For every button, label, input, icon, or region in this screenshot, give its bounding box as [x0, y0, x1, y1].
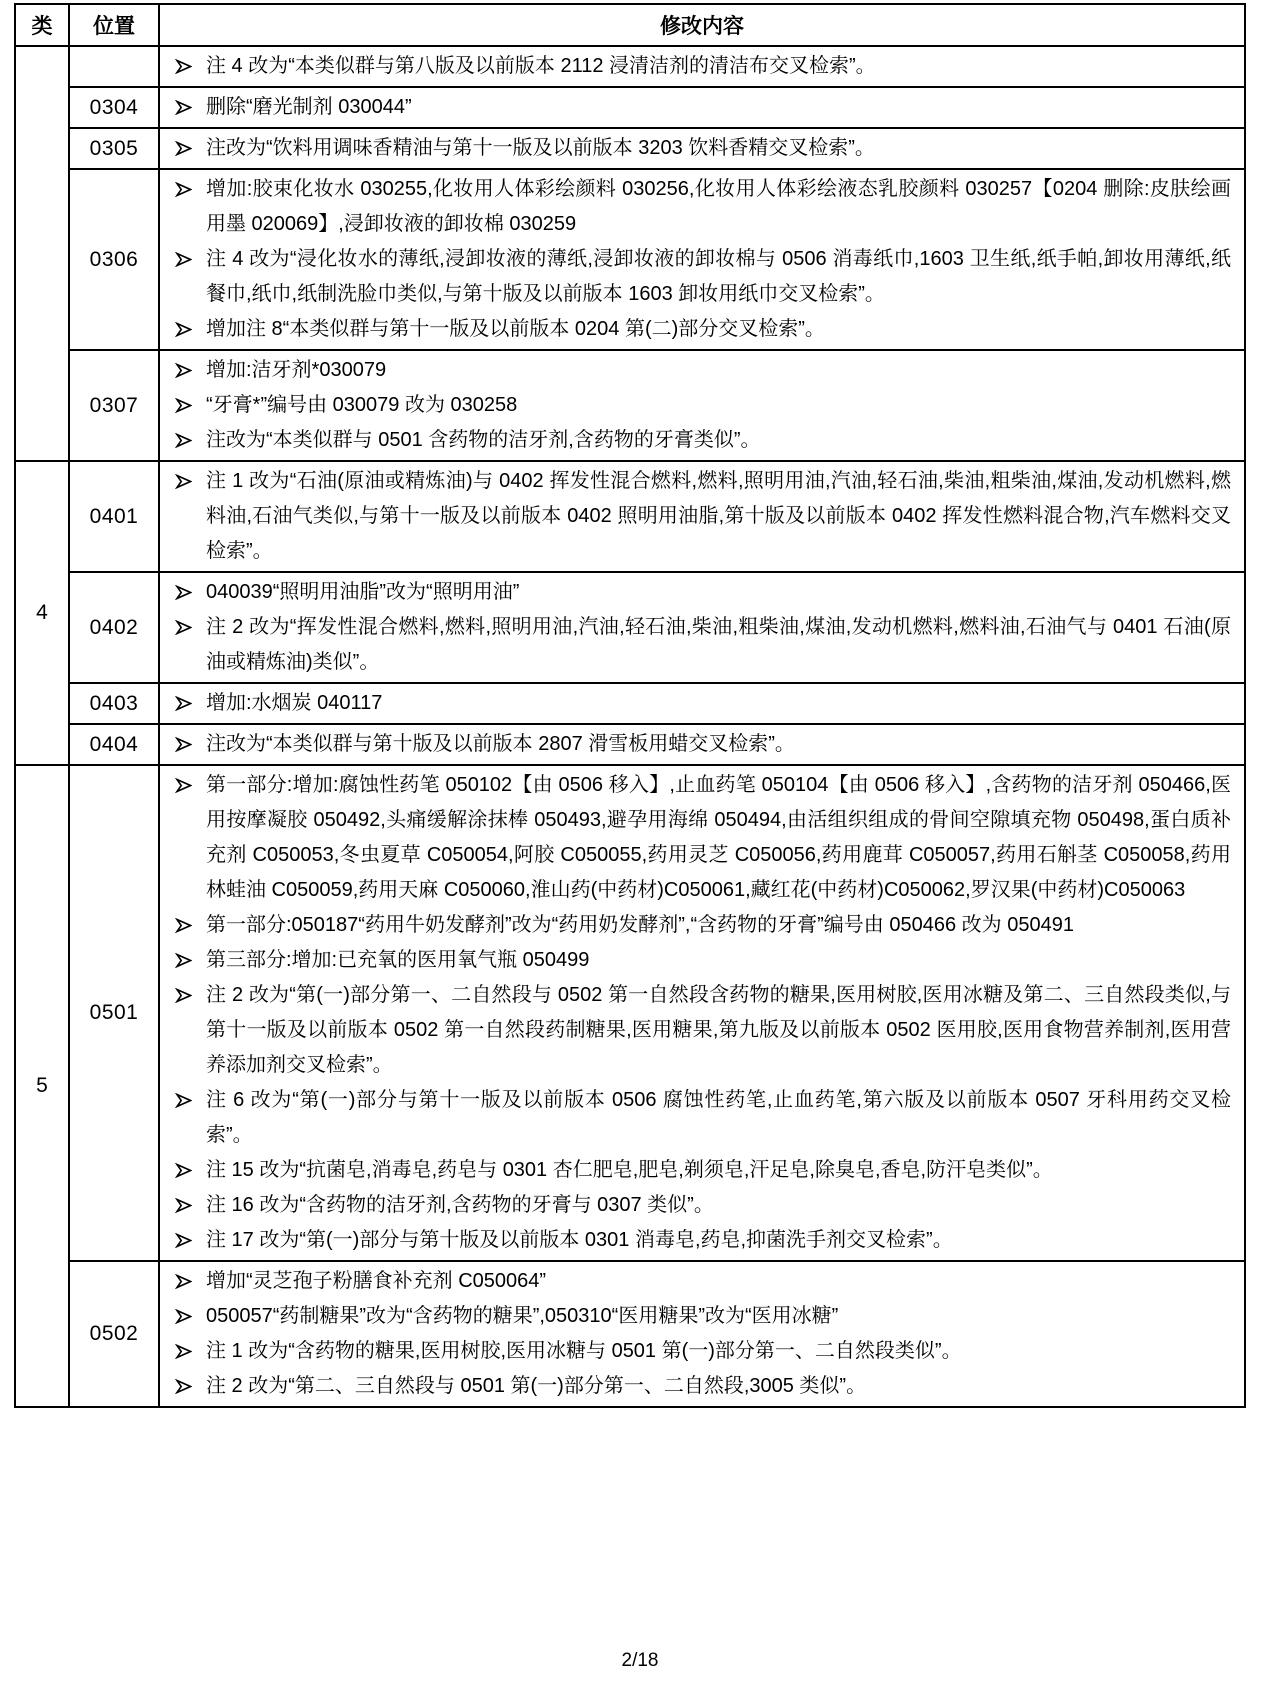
arrow-bullet-icon [160, 1223, 206, 1248]
modification-item: 注 2 改为“挥发性混合燃料,燃料,照明用油,汽油,轻石油,柴油,粗柴油,煤油,… [160, 610, 1244, 680]
modification-item: “牙膏*”编号由 030079 改为 030258 [160, 388, 1244, 423]
table-row: 0404注改为“本类似群与第十版及以前版本 2807 滑雪板用蜡交叉检索”。 [15, 724, 1245, 765]
modification-text: 第一部分:增加:腐蚀性药笔 050102【由 0506 移入】,止血药笔 050… [206, 768, 1231, 908]
arrow-bullet-icon [160, 1334, 206, 1359]
arrow-bullet-icon [160, 686, 206, 711]
modification-item: 注 6 改为“第(一)部分与第十一版及以前版本 0506 腐蚀性药笔,止血药笔,… [160, 1083, 1244, 1153]
modification-item: 增加:胶束化妆水 030255,化妆用人体彩绘颜料 030256,化妆用人体彩绘… [160, 172, 1244, 242]
table-row: 0502增加“灵芝孢子粉膳食补充剂 C050064”050057“药制糖果”改为… [15, 1261, 1245, 1407]
arrow-bullet-icon [160, 131, 206, 156]
modification-item: 第三部分:增加:已充氧的医用氧气瓶 050499 [160, 943, 1244, 978]
modification-item: 050057“药制糖果”改为“含药物的糖果”,050310“医用糖果”改为“医用… [160, 1299, 1244, 1334]
arrow-bullet-icon [160, 242, 206, 267]
modification-text: 删除“磨光制剂 030044” [206, 90, 1231, 125]
arrow-bullet-icon [160, 978, 206, 1003]
position-cell: 0502 [69, 1261, 159, 1407]
content-cell: 删除“磨光制剂 030044” [159, 87, 1245, 128]
modification-item: 注 2 改为“第二、三自然段与 0501 第(一)部分第一、二自然段,3005 … [160, 1369, 1244, 1404]
arrow-bullet-icon [160, 768, 206, 793]
table-row: 0304删除“磨光制剂 030044” [15, 87, 1245, 128]
content-cell: 增加“灵芝孢子粉膳食补充剂 C050064”050057“药制糖果”改为“含药物… [159, 1261, 1245, 1407]
modification-text: 注 4 改为“本类似群与第八版及以前版本 2112 浸清洁剂的清洁布交叉检索”。 [206, 49, 1231, 84]
modification-text: “牙膏*”编号由 030079 改为 030258 [206, 388, 1231, 423]
arrow-bullet-icon [160, 353, 206, 378]
arrow-bullet-icon [160, 312, 206, 337]
modification-item: 增加“灵芝孢子粉膳食补充剂 C050064” [160, 1264, 1244, 1299]
position-cell: 0501 [69, 765, 159, 1261]
content-cell: 增加:胶束化妆水 030255,化妆用人体彩绘颜料 030256,化妆用人体彩绘… [159, 169, 1245, 350]
arrow-bullet-icon [160, 1083, 206, 1108]
modification-text: 注 4 改为“浸化妆水的薄纸,浸卸妆液的薄纸,浸卸妆液的卸妆棉与 0506 消毒… [206, 242, 1231, 312]
table-row: 0403增加:水烟炭 040117 [15, 683, 1245, 724]
modification-item: 删除“磨光制剂 030044” [160, 90, 1244, 125]
header-class: 类 [15, 4, 69, 46]
position-cell: 0306 [69, 169, 159, 350]
page-number: 2/18 [0, 1650, 1280, 1672]
position-cell: 0404 [69, 724, 159, 765]
content-cell: 注改为“本类似群与第十版及以前版本 2807 滑雪板用蜡交叉检索”。 [159, 724, 1245, 765]
content-cell: 040039“照明用油脂”改为“照明用油”注 2 改为“挥发性混合燃料,燃料,照… [159, 572, 1245, 683]
class-cell: 4 [15, 461, 69, 765]
content-cell: 注 4 改为“本类似群与第八版及以前版本 2112 浸清洁剂的清洁布交叉检索”。 [159, 46, 1245, 87]
arrow-bullet-icon [160, 423, 206, 448]
modification-text: 注 15 改为“抗菌皂,消毒皂,药皂与 0301 杏仁肥皂,肥皂,剃须皂,汗足皂… [206, 1153, 1231, 1188]
content-cell: 第一部分:增加:腐蚀性药笔 050102【由 0506 移入】,止血药笔 050… [159, 765, 1245, 1261]
arrow-bullet-icon [160, 1153, 206, 1178]
arrow-bullet-icon [160, 1188, 206, 1213]
arrow-bullet-icon [160, 464, 206, 489]
modification-item: 注改为“本类似群与第十版及以前版本 2807 滑雪板用蜡交叉检索”。 [160, 727, 1244, 762]
arrow-bullet-icon [160, 610, 206, 635]
modification-text: 注改为“本类似群与 0501 含药物的洁牙剂,含药物的牙膏类似”。 [206, 423, 1231, 458]
arrow-bullet-icon [160, 90, 206, 115]
content-cell: 注 1 改为“石油(原油或精炼油)与 0402 挥发性混合燃料,燃料,照明用油,… [159, 461, 1245, 572]
table-row: 0402040039“照明用油脂”改为“照明用油”注 2 改为“挥发性混合燃料,… [15, 572, 1245, 683]
modification-item: 注 16 改为“含药物的洁牙剂,含药物的牙膏与 0307 类似”。 [160, 1188, 1244, 1223]
arrow-bullet-icon [160, 388, 206, 413]
modification-item: 注改为“本类似群与 0501 含药物的洁牙剂,含药物的牙膏类似”。 [160, 423, 1244, 458]
table-row: 0307增加:洁牙剂*030079“牙膏*”编号由 030079 改为 0302… [15, 350, 1245, 461]
modification-item: 增加注 8“本类似群与第十一版及以前版本 0204 第(二)部分交叉检索”。 [160, 312, 1244, 347]
modification-item: 第一部分:增加:腐蚀性药笔 050102【由 0506 移入】,止血药笔 050… [160, 768, 1244, 908]
position-cell: 0304 [69, 87, 159, 128]
modification-text: 增加:胶束化妆水 030255,化妆用人体彩绘颜料 030256,化妆用人体彩绘… [206, 172, 1231, 242]
modification-item: 注 1 改为“石油(原油或精炼油)与 0402 挥发性混合燃料,燃料,照明用油,… [160, 464, 1244, 569]
header-content: 修改内容 [159, 4, 1245, 46]
modification-text: 注改为“本类似群与第十版及以前版本 2807 滑雪板用蜡交叉检索”。 [206, 727, 1231, 762]
position-cell: 0401 [69, 461, 159, 572]
class-cell [15, 46, 69, 461]
modification-text: 增加“灵芝孢子粉膳食补充剂 C050064” [206, 1264, 1231, 1299]
modification-item: 第一部分:050187“药用牛奶发酵剂”改为“药用奶发酵剂”,“含药物的牙膏”编… [160, 908, 1244, 943]
position-cell: 0307 [69, 350, 159, 461]
arrow-bullet-icon [160, 49, 206, 74]
arrow-bullet-icon [160, 727, 206, 752]
position-cell: 0305 [69, 128, 159, 169]
arrow-bullet-icon [160, 908, 206, 933]
modification-text: 注 16 改为“含药物的洁牙剂,含药物的牙膏与 0307 类似”。 [206, 1188, 1231, 1223]
modification-item: 注 4 改为“浸化妆水的薄纸,浸卸妆液的薄纸,浸卸妆液的卸妆棉与 0506 消毒… [160, 242, 1244, 312]
modification-item: 注 2 改为“第(一)部分第一、二自然段与 0502 第一自然段含药物的糖果,医… [160, 978, 1244, 1083]
header-row: 类 位置 修改内容 [15, 4, 1245, 46]
modification-text: 注改为“饮料用调味香精油与第十一版及以前版本 3203 饮料香精交叉检索”。 [206, 131, 1231, 166]
modification-text: 注 6 改为“第(一)部分与第十一版及以前版本 0506 腐蚀性药笔,止血药笔,… [206, 1083, 1231, 1153]
arrow-bullet-icon [160, 1264, 206, 1289]
modification-item: 040039“照明用油脂”改为“照明用油” [160, 575, 1244, 610]
document-page: 类 位置 修改内容 注 4 改为“本类似群与第八版及以前版本 2112 浸清洁剂… [0, 0, 1280, 1698]
modification-text: 040039“照明用油脂”改为“照明用油” [206, 575, 1231, 610]
modification-item: 注改为“饮料用调味香精油与第十一版及以前版本 3203 饮料香精交叉检索”。 [160, 131, 1244, 166]
table-row: 0306增加:胶束化妆水 030255,化妆用人体彩绘颜料 030256,化妆用… [15, 169, 1245, 350]
table-row: 40401注 1 改为“石油(原油或精炼油)与 0402 挥发性混合燃料,燃料,… [15, 461, 1245, 572]
class-cell: 5 [15, 765, 69, 1407]
modification-text: 第三部分:增加:已充氧的医用氧气瓶 050499 [206, 943, 1231, 978]
modification-text: 注 2 改为“第二、三自然段与 0501 第(一)部分第一、二自然段,3005 … [206, 1369, 1231, 1404]
arrow-bullet-icon [160, 1369, 206, 1394]
modification-table: 类 位置 修改内容 注 4 改为“本类似群与第八版及以前版本 2112 浸清洁剂… [14, 3, 1246, 1408]
modification-item: 注 4 改为“本类似群与第八版及以前版本 2112 浸清洁剂的清洁布交叉检索”。 [160, 49, 1244, 84]
modification-item: 注 15 改为“抗菌皂,消毒皂,药皂与 0301 杏仁肥皂,肥皂,剃须皂,汗足皂… [160, 1153, 1244, 1188]
position-cell: 0403 [69, 683, 159, 724]
arrow-bullet-icon [160, 575, 206, 600]
content-cell: 增加:水烟炭 040117 [159, 683, 1245, 724]
modification-text: 增加:洁牙剂*030079 [206, 353, 1231, 388]
modification-item: 增加:洁牙剂*030079 [160, 353, 1244, 388]
position-cell [69, 46, 159, 87]
modification-item: 注 17 改为“第(一)部分与第十版及以前版本 0301 消毒皂,药皂,抑菌洗手… [160, 1223, 1244, 1258]
modification-text: 增加:水烟炭 040117 [206, 686, 1231, 721]
modification-item: 注 1 改为“含药物的糖果,医用树胶,医用冰糖与 0501 第(一)部分第一、二… [160, 1334, 1244, 1369]
table-row: 注 4 改为“本类似群与第八版及以前版本 2112 浸清洁剂的清洁布交叉检索”。 [15, 46, 1245, 87]
modification-text: 增加注 8“本类似群与第十一版及以前版本 0204 第(二)部分交叉检索”。 [206, 312, 1231, 347]
arrow-bullet-icon [160, 1299, 206, 1324]
table-row: 0305注改为“饮料用调味香精油与第十一版及以前版本 3203 饮料香精交叉检索… [15, 128, 1245, 169]
arrow-bullet-icon [160, 172, 206, 197]
modification-item: 增加:水烟炭 040117 [160, 686, 1244, 721]
position-cell: 0402 [69, 572, 159, 683]
header-position: 位置 [69, 4, 159, 46]
modification-text: 注 17 改为“第(一)部分与第十版及以前版本 0301 消毒皂,药皂,抑菌洗手… [206, 1223, 1231, 1258]
arrow-bullet-icon [160, 943, 206, 968]
modification-text: 注 1 改为“含药物的糖果,医用树胶,医用冰糖与 0501 第(一)部分第一、二… [206, 1334, 1231, 1369]
content-cell: 注改为“饮料用调味香精油与第十一版及以前版本 3203 饮料香精交叉检索”。 [159, 128, 1245, 169]
modification-text: 第一部分:050187“药用牛奶发酵剂”改为“药用奶发酵剂”,“含药物的牙膏”编… [206, 908, 1231, 943]
modification-text: 注 1 改为“石油(原油或精炼油)与 0402 挥发性混合燃料,燃料,照明用油,… [206, 464, 1231, 569]
table-row: 50501第一部分:增加:腐蚀性药笔 050102【由 0506 移入】,止血药… [15, 765, 1245, 1261]
content-cell: 增加:洁牙剂*030079“牙膏*”编号由 030079 改为 030258注改… [159, 350, 1245, 461]
modification-text: 注 2 改为“第(一)部分第一、二自然段与 0502 第一自然段含药物的糖果,医… [206, 978, 1231, 1083]
modification-text: 注 2 改为“挥发性混合燃料,燃料,照明用油,汽油,轻石油,柴油,粗柴油,煤油,… [206, 610, 1231, 680]
table-body: 注 4 改为“本类似群与第八版及以前版本 2112 浸清洁剂的清洁布交叉检索”。… [15, 46, 1245, 1407]
modification-text: 050057“药制糖果”改为“含药物的糖果”,050310“医用糖果”改为“医用… [206, 1299, 1231, 1334]
